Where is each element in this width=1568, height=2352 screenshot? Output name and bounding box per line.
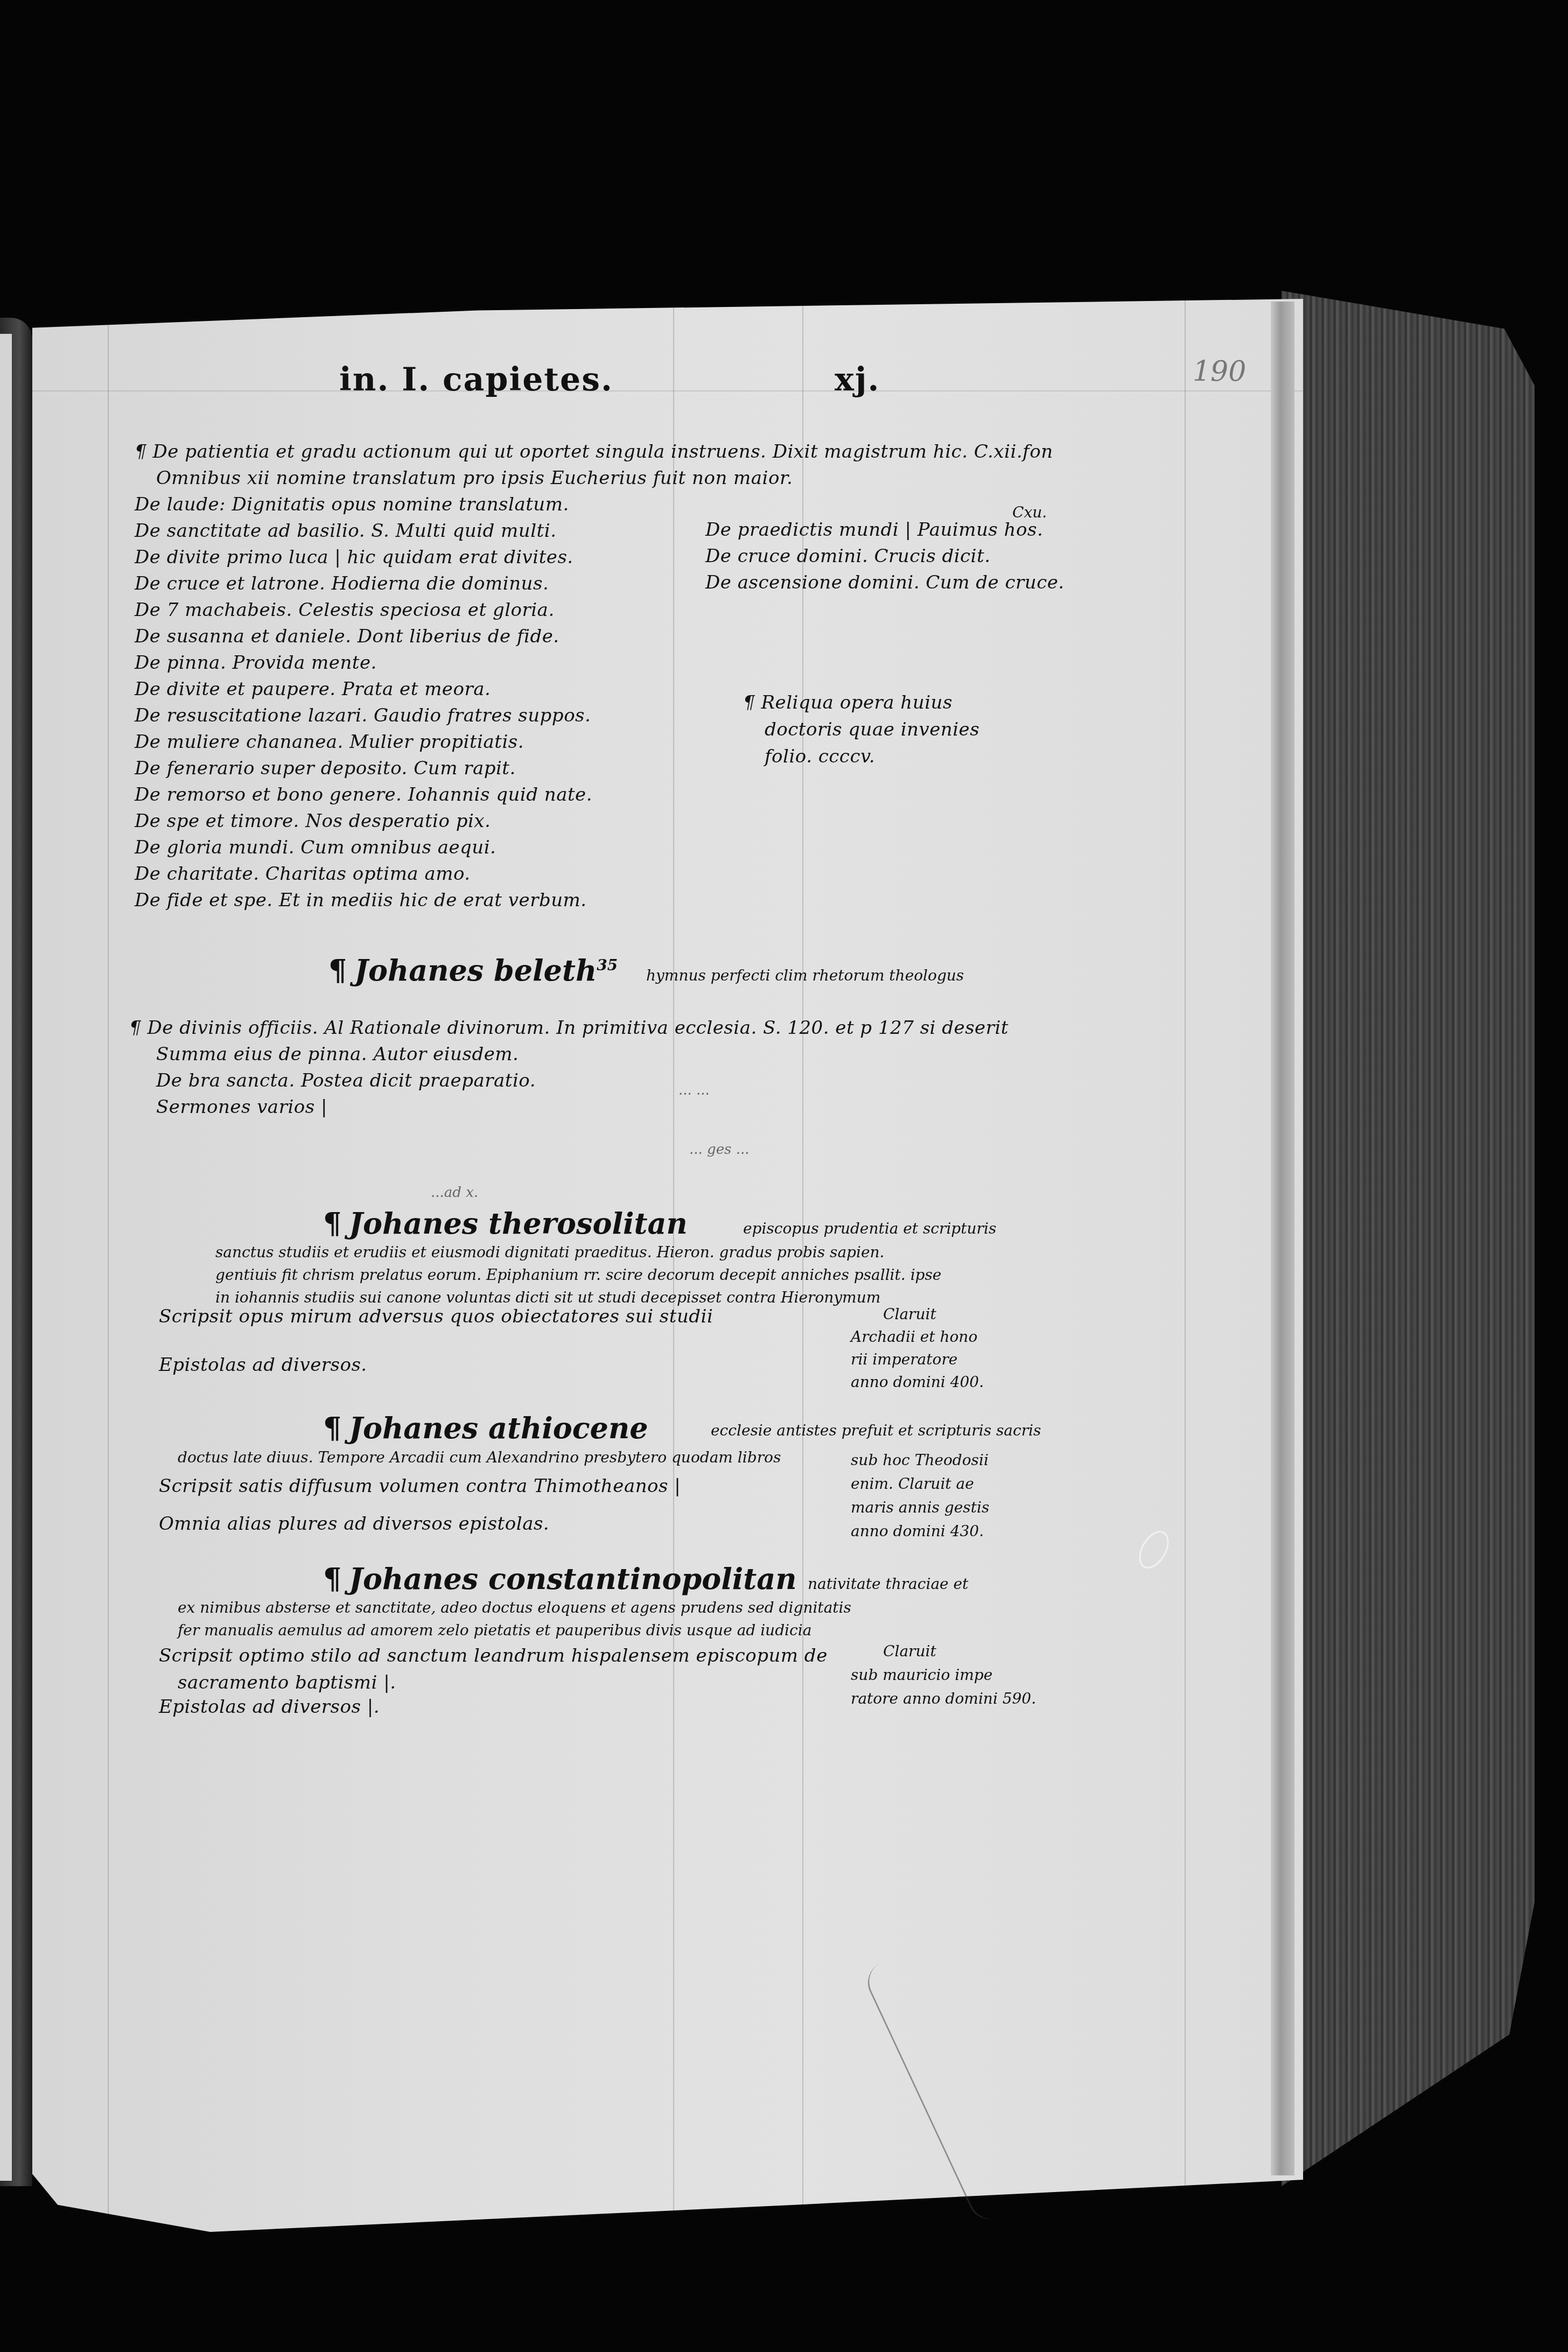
entry-line: De charitate. Charitas optima amo. <box>135 861 1053 887</box>
leaf-edge <box>1271 302 1294 2175</box>
cross-reference-note: ¶ Reliqua opera huius doctoris quae inve… <box>743 689 979 770</box>
faint-mark: ... ... <box>678 1082 710 1098</box>
bio-line: sanctus studiis et erudiis et eiusmodi d… <box>215 1241 941 1264</box>
side-note-line: Claruit <box>851 1303 984 1326</box>
work-line: Scripsit satis diffusum volumen contra T… <box>159 1475 681 1497</box>
facing-page-edge <box>0 334 12 2181</box>
entry-line: De gloria mundi. Cum omnibus aequi. <box>135 835 1053 861</box>
side-note-line: Archadii et hono <box>851 1326 984 1348</box>
section-constantinopolitan-bio: ex nimibus absterse et sanctitate, adeo … <box>178 1597 851 1642</box>
pilcrow-icon: ¶ <box>323 1562 341 1596</box>
column-a-entries: ¶ De patientia et gradu actionum qui ut … <box>135 439 1053 914</box>
side-note-line: anno domini 430. <box>851 1520 989 1543</box>
side-note-line: Claruit <box>851 1640 1036 1663</box>
entry-line: ¶ De patientia et gradu actionum qui ut … <box>135 439 1053 465</box>
side-note-claruit: Claruit sub mauricio impe ratore anno do… <box>851 1640 1036 1711</box>
pilcrow-icon: ¶ <box>323 1206 341 1241</box>
note-line: ¶ Reliqua opera huius <box>743 689 979 716</box>
work-line: Epistolas ad diversos |. <box>159 1696 380 1718</box>
entry-line: De spe et timore. Nos desperatio pix. <box>135 808 1053 835</box>
entry-line: Omnibus xii nomine translatum pro ipsis … <box>135 465 1053 492</box>
entry-line: De ascensione domini. Cum de cruce. <box>705 570 1065 596</box>
faint-mark: ... ges ... <box>689 1142 750 1158</box>
work-line: Scripsit optimo stilo ad sanctum leandru… <box>159 1645 828 1667</box>
side-note-line: rii imperatore <box>851 1348 984 1371</box>
note-line: doctoris quae invenies <box>743 716 979 743</box>
column-b-entries: De praedictis mundi | Pauimus hos. De cr… <box>705 517 1065 596</box>
pilcrow-icon: ¶ <box>328 953 347 988</box>
work-line: Summa eius de pinna. Autor eiusdem. <box>129 1041 1009 1068</box>
work-line: Sermones varios | <box>129 1094 1009 1121</box>
bio-line: ex nimibus absterse et sanctitate, adeo … <box>178 1597 851 1619</box>
section-therosolitan-bio: sanctus studiis et erudiis et eiusmodi d… <box>215 1241 941 1309</box>
work-line: ¶ De divinis officiis. Al Rationale divi… <box>129 1015 1009 1041</box>
entry-line: De laude: Dignitatis opus nomine transla… <box>135 492 1053 518</box>
work-line: sacramento baptismi |. <box>178 1672 396 1693</box>
author-epithet: hymnus perfecti clim rhetorum theologus <box>646 967 964 984</box>
entry-line: De fide et spe. Et in mediis hic de erat… <box>135 887 1053 914</box>
side-note-line: anno domini 400. <box>851 1371 984 1394</box>
author-epithet: ecclesie antistes prefuit et scripturis … <box>711 1422 1041 1439</box>
ruling-line-head <box>32 390 1303 391</box>
entry-line: De cruce domini. Crucis dicit. <box>705 543 1065 570</box>
above-mark: ...ad x. <box>431 1185 478 1201</box>
entry-line: De susanna et daniele. Dont liberius de … <box>135 624 1053 650</box>
work-line: De bra sancta. Postea dicit praeparatio. <box>129 1068 1009 1094</box>
side-note-line: ratore anno domini 590. <box>851 1687 1036 1711</box>
work-line: Epistolas ad diversos. <box>159 1354 367 1376</box>
author-heading-beleth: ¶Johanes beleth35 <box>328 953 618 988</box>
entry-line: De praedictis mundi | Pauimus hos. <box>705 517 1065 543</box>
author-epithet: episcopus prudentia et scripturis <box>743 1220 996 1237</box>
side-note-claruit: sub hoc Theodosii enim. Claruit ae maris… <box>851 1448 989 1543</box>
work-line: Omnia alias plures ad diversos epistolas… <box>159 1513 549 1535</box>
side-note-line: maris annis gestis <box>851 1496 989 1520</box>
side-note-line: sub mauricio impe <box>851 1663 1036 1687</box>
bio-line: fer manualis aemulus ad amorem zelo piet… <box>178 1619 851 1642</box>
ruling-line-right <box>1185 299 1186 2232</box>
note-line: folio. ccccv. <box>743 743 979 770</box>
work-line: Scripsit opus mirum adversus quos obiect… <box>159 1306 713 1327</box>
side-note-line: enim. Claruit ae <box>851 1472 989 1496</box>
author-heading-constantinopolitan: ¶Johanes constantinopolitan <box>323 1562 796 1596</box>
ruling-line-left <box>108 299 109 2232</box>
bio-line: doctus late diuus. Tempore Arcadii cum A… <box>178 1448 781 1466</box>
bio-line: gentiuis fit chrism prelatus eorum. Epip… <box>215 1264 941 1286</box>
running-head-right: xj. <box>835 361 880 398</box>
running-head-left: in. I. capietes. <box>339 361 613 398</box>
author-heading-therosolitan: ¶Johanes therosolitan <box>323 1206 688 1241</box>
book-fore-edge <box>1282 291 1535 2186</box>
author-epithet: nativitate thraciae et <box>808 1575 968 1593</box>
section-beleth-works: ¶ De divinis officiis. Al Rationale divi… <box>129 1015 1009 1121</box>
entry-line: De 7 machabeis. Celestis speciosa et glo… <box>135 597 1053 624</box>
side-note-claruit: Claruit Archadii et hono rii imperatore … <box>851 1303 984 1394</box>
author-heading-athiocene: ¶Johanes athiocene <box>323 1411 648 1445</box>
entry-line: De pinna. Provida mente. <box>135 650 1053 676</box>
folio-number: 190 <box>1193 355 1246 388</box>
pilcrow-icon: ¶ <box>323 1411 341 1445</box>
entry-line: De remorso et bono genere. Iohannis quid… <box>135 782 1053 808</box>
side-note-line: sub hoc Theodosii <box>851 1448 989 1472</box>
